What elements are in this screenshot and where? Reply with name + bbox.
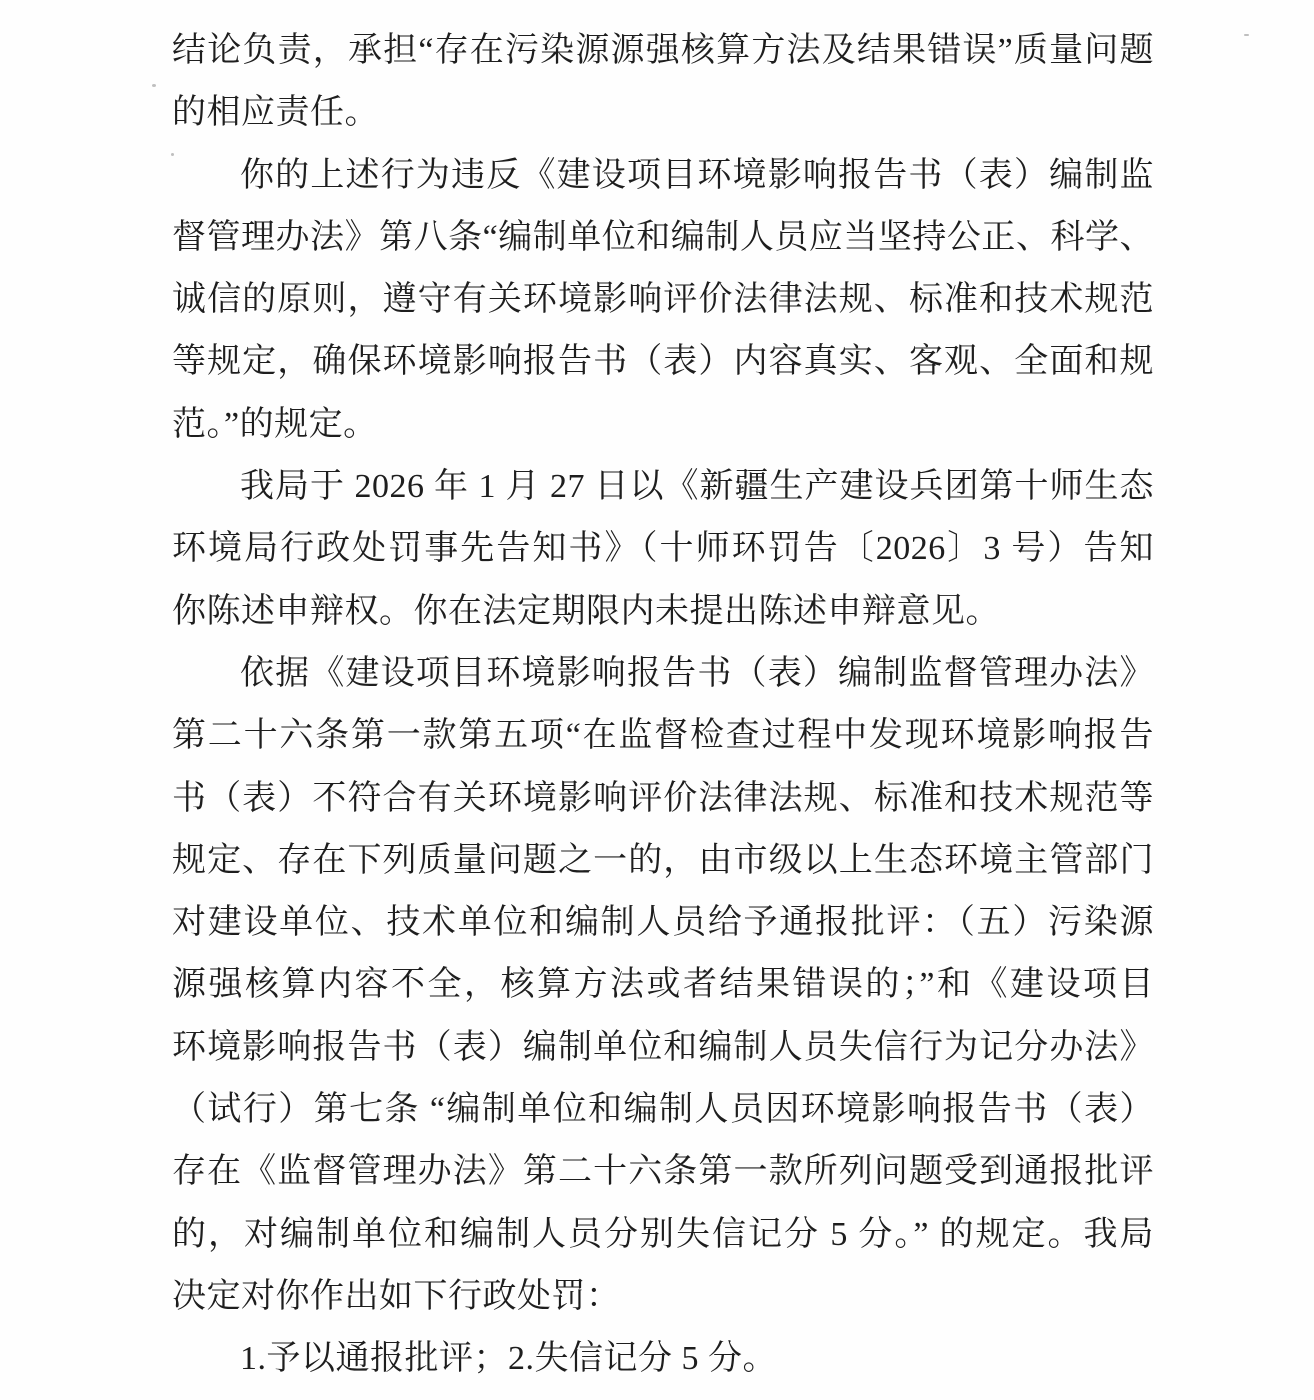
text-line: 存在《监督管理办法》第二十六条第一款所列问题受到通报批评 <box>172 1141 1154 1203</box>
text-line: 源强核算内容不全，核算方法或者结果错误的；”和《建设项目 <box>172 954 1154 1016</box>
text-line: 书（表）不符合有关环境影响评价法律法规、标准和技术规范等 <box>172 768 1154 830</box>
scan-artifact <box>152 84 156 87</box>
text-line: 决定对你作出如下行政处罚： <box>172 1266 1154 1328</box>
text-line: 等规定，确保环境影响报告书（表）内容真实、客观、全面和规 <box>172 331 1154 393</box>
scan-artifact <box>1244 34 1249 36</box>
text-line: （试行）第七条 “编制单位和编制人员因环境影响报告书（表） <box>172 1079 1154 1141</box>
text-line: 你的上述行为违反《建设项目环境影响报告书（表）编制监 <box>172 145 1154 207</box>
text-line: 对建设单位、技术单位和编制人员给予通报批评：（五）污染源 <box>172 892 1154 954</box>
text-line: 环境影响报告书（表）编制单位和编制人员失信行为记分办法》 <box>172 1017 1154 1079</box>
text-line: 诚信的原则，遵守有关环境影响评价法律法规、标准和技术规范 <box>172 269 1154 331</box>
document-body: 结论负责，承担“存在污染源源强核算方法及结果错误”质量问题 的相应责任。 你的上… <box>172 20 1154 1391</box>
text-line: 1.予以通报批评；2.失信记分 5 分。 <box>172 1328 1154 1390</box>
document-page: 结论负责，承担“存在污染源源强核算方法及结果错误”质量问题 的相应责任。 你的上… <box>0 0 1314 1400</box>
text-line: 的，对编制单位和编制人员分别失信记分 5 分。” 的规定。我局 <box>172 1204 1154 1266</box>
text-line: 我局于 2026 年 1 月 27 日以《新疆生产建设兵团第十师生态 <box>172 456 1154 518</box>
text-line: 依据《建设项目环境影响报告书（表）编制监督管理办法》 <box>172 643 1154 705</box>
text-line: 规定、存在下列质量问题之一的，由市级以上生态环境主管部门 <box>172 830 1154 892</box>
text-line: 第二十六条第一款第五项“在监督检查过程中发现环境影响报告 <box>172 705 1154 767</box>
text-line: 范。”的规定。 <box>172 394 1154 456</box>
text-line: 你陈述申辩权。你在法定期限内未提出陈述申辩意见。 <box>172 581 1154 643</box>
text-line: 督管理办法》第八条“编制单位和编制人员应当坚持公正、科学、 <box>172 207 1154 269</box>
text-line: 结论负责，承担“存在污染源源强核算方法及结果错误”质量问题 <box>172 20 1154 82</box>
scan-artifact <box>171 153 174 156</box>
text-line: 环境局行政处罚事先告知书》（十师环罚告〔2026〕3 号）告知 <box>172 518 1154 580</box>
text-line: 的相应责任。 <box>172 82 1154 144</box>
